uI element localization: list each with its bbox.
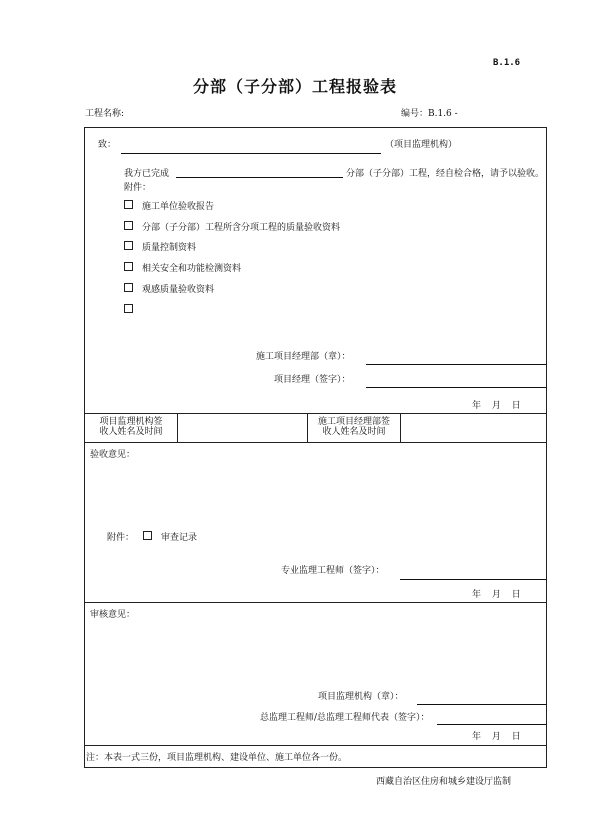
contractor-receiver-label: 施工项目经理部签 收人姓名及时间	[308, 417, 400, 437]
recipient-suffix: （项目监理机构）	[385, 137, 457, 150]
project-name-label: 工程名称:	[85, 106, 124, 119]
section1-date: 年 月 日	[472, 398, 521, 411]
attachment-label: 相关安全和功能检测资料	[142, 261, 241, 274]
form-code: B.1.6	[493, 58, 520, 68]
attachment-checkbox[interactable]	[124, 283, 133, 292]
section2-date: 年 月 日	[472, 587, 521, 600]
attachment-checkbox[interactable]	[124, 200, 133, 209]
divider	[84, 602, 547, 603]
org-stamp-label: 项目监理机构（章）：	[318, 689, 404, 702]
chief-sign-field[interactable]	[437, 724, 546, 725]
review-record-label: 审查记录	[161, 530, 197, 543]
recipient-field[interactable]	[121, 153, 381, 154]
manager-sign-label: 项目经理（签字）：	[274, 372, 351, 385]
attachment-checkbox[interactable]	[124, 221, 133, 230]
review-record-checkbox[interactable]	[143, 531, 152, 540]
attachment-label: 观感质量验收资料	[142, 282, 214, 295]
supervisor-receiver-label: 项目监理机构签 收人姓名及时间	[85, 417, 177, 437]
dept-stamp-label: 施工项目经理部（章）：	[256, 349, 351, 362]
completed-prefix: 我方已完成	[124, 166, 169, 179]
page-title: 分部（子分部）工程报验表	[0, 74, 590, 97]
divider	[177, 413, 178, 442]
completed-suffix: 分部（子分部）工程，经自检合格，请予以验收。	[346, 166, 544, 179]
attachment-checkbox[interactable]	[124, 304, 133, 313]
attachment-label: 分部（子分部）工程所含分项工程的质量验收资料	[142, 220, 340, 233]
acceptance-opinion-label: 验收意见：	[90, 447, 135, 460]
footer-issuer: 西藏自治区住房和城乡建设厅监制	[376, 774, 511, 787]
attachment-label: 施工单位验收报告	[142, 199, 214, 212]
divider	[84, 442, 547, 443]
to-label: 致：	[98, 137, 116, 150]
contractor-receiver-label-line2: 收人姓名及时间	[308, 427, 400, 437]
supervisor-receiver-label-line1: 项目监理机构签	[85, 417, 177, 427]
divider	[84, 413, 547, 414]
attachment-checkbox[interactable]	[124, 241, 133, 250]
contractor-receiver-label-line1: 施工项目经理部签	[308, 417, 400, 427]
audit-opinion-label: 审核意见：	[90, 607, 135, 620]
org-stamp-field[interactable]	[417, 704, 546, 705]
engineer-sign-label: 专业监理工程师（签字）：	[281, 563, 385, 576]
divider	[400, 413, 401, 442]
form-number-label: 编号：B.1.6 -	[401, 106, 458, 119]
divider	[84, 745, 547, 746]
section3-date: 年 月 日	[472, 729, 521, 742]
dept-stamp-field[interactable]	[366, 364, 546, 365]
manager-sign-field[interactable]	[366, 387, 546, 388]
note: 注：本表一式三份，项目监理机构、建设单位、施工单位各一份。	[86, 750, 347, 763]
attachment-checkbox[interactable]	[124, 262, 133, 271]
supervisor-receiver-label-line2: 收人姓名及时间	[85, 427, 177, 437]
subproject-name-field[interactable]	[176, 177, 343, 178]
chief-sign-label: 总监理工程师/总监理工程师代表（签字）：	[260, 710, 430, 723]
attachment-label: 质量控制资料	[142, 240, 196, 253]
engineer-sign-field[interactable]	[400, 579, 546, 580]
attachments-label: 附件：	[124, 180, 151, 193]
review-attachment-label: 附件：	[107, 530, 134, 543]
